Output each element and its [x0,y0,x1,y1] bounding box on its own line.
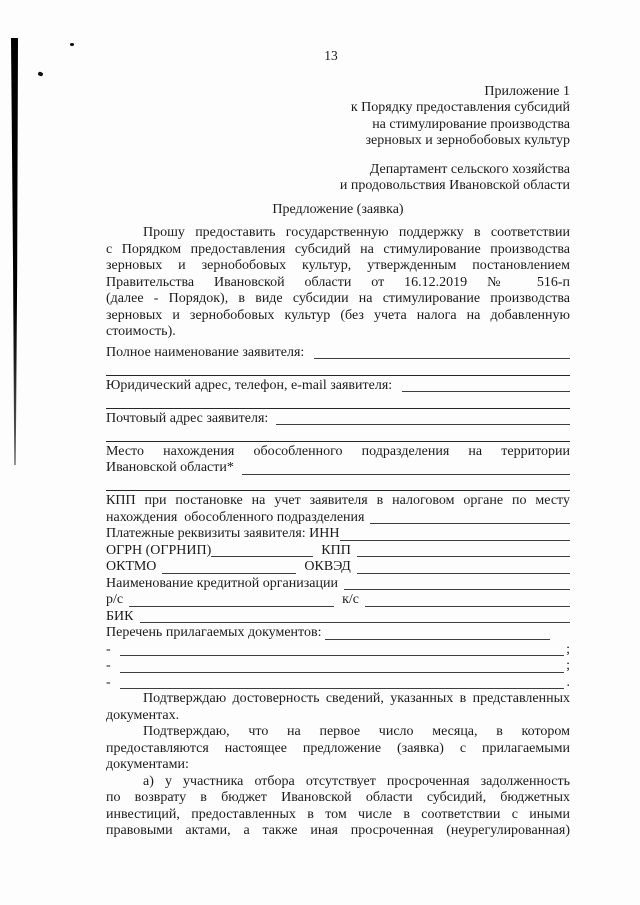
confirmation-paragraph-3: а) у участника отбора отсутствует просро… [106,774,570,840]
legal-address-label: Юридический адрес, телефон, e-mail заяви… [106,378,392,395]
bank-name-field-line [344,589,570,590]
attached-doc-line: - ; [106,642,570,659]
okved-label: ОКВЭД [296,559,356,576]
list-dash: - [106,658,120,675]
kpp-registration-field-line [370,523,570,524]
okved-field-line [357,573,570,574]
closing-line: документами: [106,757,570,774]
inn-row: Платежные реквизиты заявителя: ИНН [106,526,570,543]
documents-list-row: Перечень прилагаемых документов: [106,625,570,642]
appendix-line: к Порядку предоставления субсидий [106,100,570,117]
attached-doc-field-line [120,655,564,656]
list-dash: - [106,675,120,692]
line-punctuation: . [564,675,570,692]
inn-field-line [340,540,571,541]
postal-address-label: Почтовый адрес заявителя: [106,411,268,428]
closing-line: а) у участника отбора отсутствует просро… [106,774,570,791]
field-line-continuation [106,408,570,409]
field-line-continuation [106,375,570,376]
location-field-line [242,474,570,475]
postal-address-field-line [276,424,570,425]
scan-dot [70,43,74,46]
intro-paragraph: Прошу предоставить государственную подде… [106,225,570,341]
appendix-line: зерновых и зернобобовых культур [106,133,570,150]
closing-line: правовыми актами, а также иная просрочен… [106,823,570,840]
bik-field-line [140,622,571,623]
correspondent-account-label: к/с [334,592,365,609]
closing-line: документах. [106,708,570,725]
intro-line: (далее - Порядок), в виде субсидии на ст… [106,291,570,308]
kpp-registration-row: нахождения обособленного подразделения [106,510,570,527]
postal-address-row: Почтовый адрес заявителя: [106,411,570,428]
bik-label: БИК [106,609,134,626]
appendix-reference: Приложение 1 к Порядку предоставления су… [106,84,570,150]
full-name-label: Полное наименование заявителя: [106,345,304,362]
confirmation-paragraph-1: Подтверждаю достоверность сведений, указ… [106,691,570,724]
attached-doc-field-line [120,688,564,689]
location-row: Ивановской области* [106,460,570,477]
full-name-row: Полное наименование заявителя: [106,345,570,362]
list-dash: - [106,642,120,659]
closing-line: Подтверждаю, что на первое число месяца,… [106,724,570,741]
intro-line: стоимость). [106,324,570,341]
documents-list-field-line [325,639,550,640]
kpp-registration-label-line2: нахождения обособленного подразделения [106,510,364,527]
kpp-label: КПП [313,543,357,560]
closing-line: предоставляются настоящее предложение (з… [106,741,570,758]
document-page: 13 Приложение 1 к Порядку предоставления… [0,0,640,905]
intro-line: Прошу предоставить государственную подде… [106,225,570,242]
closing-line: Подтверждаю достоверность сведений, указ… [106,691,570,708]
correspondent-account-field-line [365,606,570,607]
line-punctuation: ; [564,642,570,659]
department-line: Департамент сельского хозяйства [106,162,570,179]
full-name-field-line [314,358,570,359]
attached-doc-line: - ; [106,658,570,675]
document-title: Предложение (заявка) [106,202,570,219]
location-label-line2: Ивановской области* [106,460,234,477]
closing-line: инвестиций, предоставленных в том числе … [106,807,570,824]
continuation-line-row [106,477,570,494]
settlement-account-label: р/с [106,592,123,609]
legal-address-row: Юридический адрес, телефон, e-mail заяви… [106,378,570,395]
scan-artifact-bar [11,38,18,465]
field-line-continuation [106,441,570,442]
continuation-line-row [106,361,570,378]
ogrn-field-line [211,556,313,557]
legal-address-field-line [402,391,570,392]
line-punctuation: ; [564,658,570,675]
intro-line: зерновых и зернобобовых культур, утвержд… [106,258,570,275]
bank-name-label: Наименование кредитной организации [106,576,338,593]
appendix-line: на стимулирование производства [106,117,570,134]
bik-row: БИК [106,609,570,626]
attached-doc-field-line [120,672,564,673]
intro-line: зерновых и зернобобовых культур (без уче… [106,308,570,325]
documents-list-label: Перечень прилагаемых документов: [106,625,321,642]
application-form: Полное наименование заявителя: Юридическ… [106,345,570,840]
page-number: 13 [99,48,563,65]
ogrn-label: ОГРН (ОГРНИП) [106,543,211,560]
intro-line: Правительства Ивановской области от 16.1… [106,275,570,292]
oktmo-okved-row: ОКТМО ОКВЭД [106,559,570,576]
accounts-row: р/с к/с [106,592,570,609]
field-line-continuation [106,490,570,491]
closing-line: по возврату в бюджет Ивановской области … [106,790,570,807]
document-content: 13 Приложение 1 к Порядку предоставления… [106,0,570,840]
confirmation-paragraph-2: Подтверждаю, что на первое число месяца,… [106,724,570,774]
continuation-line-row [106,427,570,444]
continuation-line-row [106,394,570,411]
location-label-line1: Место нахождения обособленного подраздел… [106,444,570,461]
department-line: и продовольствия Ивановской области [106,178,570,195]
oktmo-label: ОКТМО [106,559,156,576]
kpp-registration-label-line1: КПП при постановке на учет заявителя в н… [106,493,570,510]
payment-details-inn-label: Платежные реквизиты заявителя: ИНН [106,526,340,543]
bank-row: Наименование кредитной организации [106,576,570,593]
settlement-account-field-line [129,606,334,607]
intro-line: с Порядком предоставления субсидий на ст… [106,242,570,259]
scan-dot [37,71,43,76]
ogrn-kpp-row: ОГРН (ОГРНИП) КПП [106,543,570,560]
attached-doc-line: - . [106,675,570,692]
appendix-line: Приложение 1 [106,84,570,101]
department-name: Департамент сельского хозяйства и продов… [106,162,570,195]
oktmo-field-line [162,573,296,574]
kpp-field-line [357,556,570,557]
